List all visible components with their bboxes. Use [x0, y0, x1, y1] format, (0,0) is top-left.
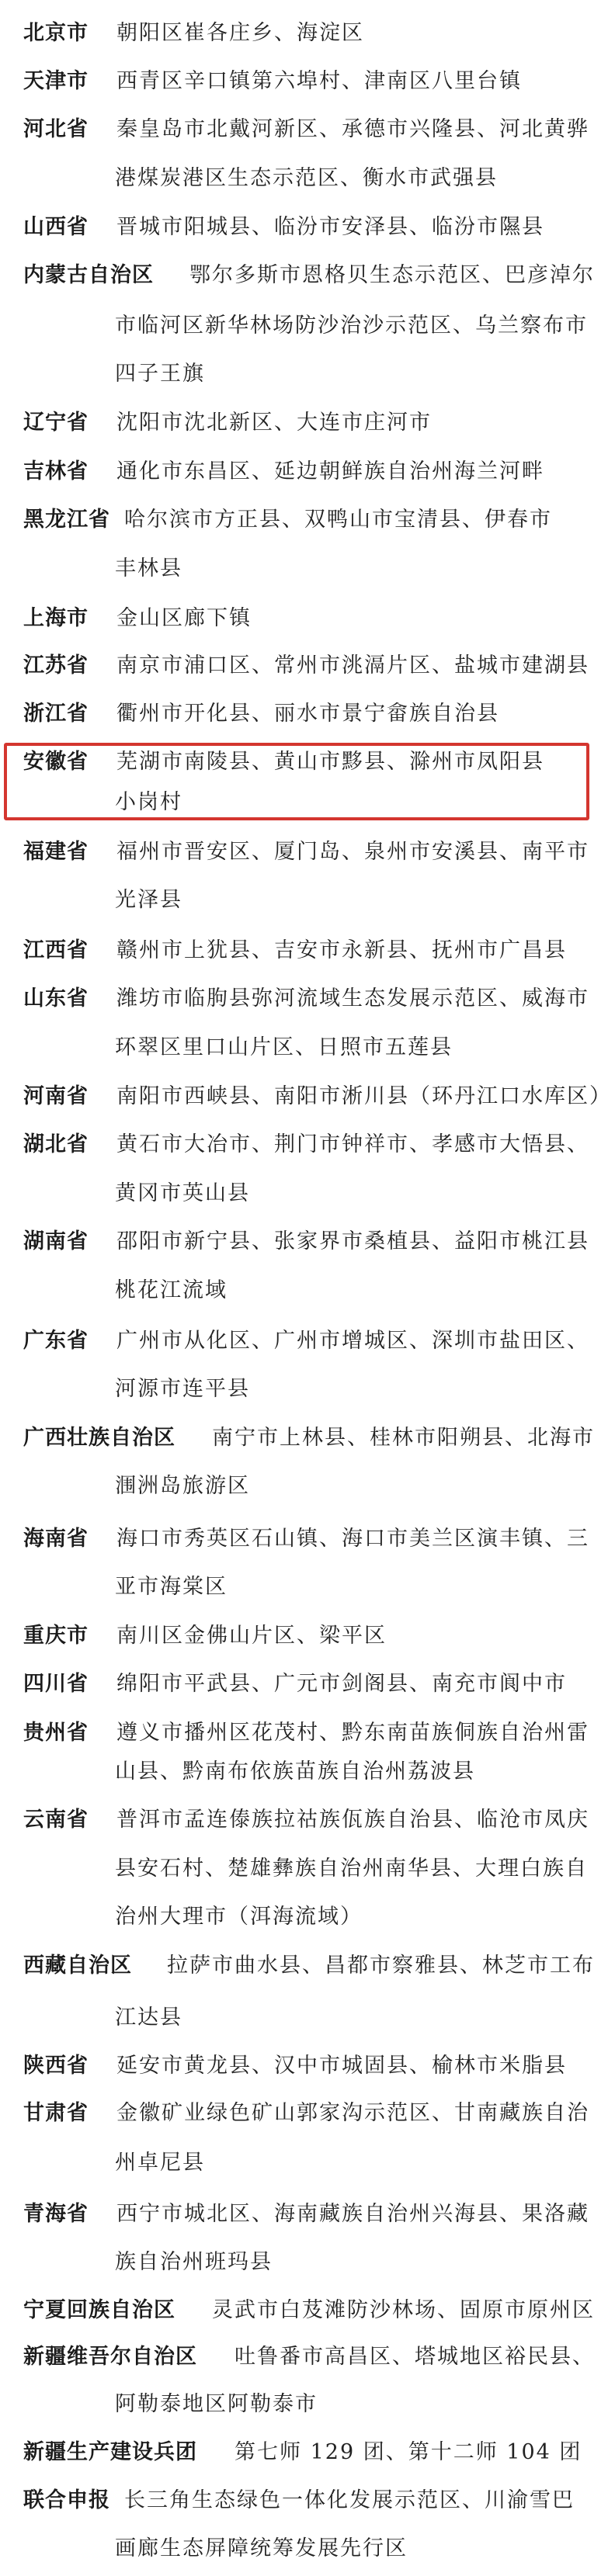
region-label: 山东省 [23, 986, 89, 1011]
region-sites-line: 沈阳市沈北新区、大连市庄河市 [116, 411, 432, 435]
region-sites-line: 黄石市大冶市、荆门市钟祥市、孝感市大悟县、 [116, 1132, 589, 1157]
region-sites-line: 江达县 [115, 2006, 182, 2030]
region-label: 湖南省 [23, 1229, 89, 1254]
region-sites-line: 金徽矿业绿色矿山郭家沟示范区、甘南藏族自治 [116, 2101, 589, 2126]
region-sites-line: 灵武市白芨滩防沙林场、固原市原州区 [212, 2298, 595, 2323]
region-sites-line: 西青区辛口镇第六埠村、津南区八里台镇 [116, 69, 522, 94]
region-sites-line: 桃花江流域 [115, 1278, 228, 1303]
region-label: 云南省 [23, 1808, 89, 1832]
region-sites-line: 邵阳市新宁县、张家界市桑植县、益阳市桃江县 [116, 1229, 589, 1254]
region-sites-line: 金山区廊下镇 [116, 606, 252, 631]
region-sites-line: 哈尔滨市方正县、双鸭山市宝清县、伊春市 [124, 508, 552, 532]
region-sites-line: 涠洲岛旅游区 [115, 1474, 250, 1499]
region-label: 黑龙江省 [23, 508, 110, 532]
region-label: 湖北省 [23, 1132, 89, 1157]
region-sites-line: 小岗村 [115, 790, 182, 815]
region-label: 新疆生产建设兵团 [23, 2440, 197, 2465]
region-sites-line: 画廊生态屏障统筹发展先行区 [115, 2536, 408, 2561]
region-label: 贵州省 [23, 1721, 89, 1746]
region-label: 广东省 [23, 1329, 89, 1354]
region-sites-line: 吐鲁番市高昌区、塔城地区裕民县、 [235, 2345, 595, 2370]
region-sites-line: 丰林县 [115, 556, 182, 581]
region-sites-line: 州卓尼县 [115, 2151, 205, 2176]
region-sites-line: 朝阳区崔各庄乡、海淀区 [116, 21, 364, 46]
region-sites-line: 县安石村、楚雄彝族自治州南华县、大理白族自 [115, 1857, 588, 1881]
region-sites-line: 长三角生态绿色一体化发展示范区、川渝雪巴 [124, 2488, 575, 2513]
region-sites-line: 拉萨市曲水县、昌都市察雅县、林芝市工布 [167, 1954, 595, 1978]
region-sites-line: 环翠区里口山片区、日照市五莲县 [115, 1035, 453, 1060]
region-label: 山西省 [23, 215, 89, 240]
region-sites-line: 南京市浦口区、常州市洮滆片区、盐城市建湖县 [116, 654, 589, 678]
region-sites-line: 阿勒泰地区阿勒泰市 [115, 2392, 318, 2417]
region-sites-line: 四子王旗 [115, 362, 205, 387]
region-label: 内蒙古自治区 [23, 263, 154, 288]
region-sites-line: 黄冈市英山县 [115, 1181, 250, 1206]
region-label: 北京市 [23, 21, 89, 46]
region-sites-line: 西宁市城北区、海南藏族自治州兴海县、果洛藏 [116, 2202, 589, 2227]
region-sites-line: 南川区金佛山片区、梁平区 [116, 1624, 387, 1649]
region-label: 海南省 [23, 1527, 89, 1551]
region-sites-line: 第七师 129 团、第十二师 104 团 [235, 2440, 582, 2465]
region-sites-line: 绵阳市平武县、广元市剑阁县、南充市阆中市 [116, 1672, 567, 1697]
region-label: 浙江省 [23, 702, 89, 726]
region-sites-line: 潍坊市临朐县弥河流域生态发展示范区、威海市 [116, 986, 589, 1011]
region-sites-line: 山县、黔南布依族苗族自治州荔波县 [115, 1760, 475, 1784]
region-sites-line: 遵义市播州区花茂村、黔东南苗族侗族自治州雷 [116, 1721, 589, 1746]
region-label: 河北省 [23, 117, 89, 142]
region-sites-line: 延安市黄龙县、汉中市城固县、榆林市米脂县 [116, 2054, 567, 2078]
region-label: 江苏省 [23, 654, 89, 678]
region-sites-line: 港煤炭港区生态示范区、衡水市武强县 [115, 166, 498, 191]
region-sites-line: 海口市秀英区石山镇、海口市美兰区演丰镇、三 [116, 1527, 589, 1551]
region-label: 福建省 [23, 840, 89, 865]
region-sites-line: 亚市海棠区 [115, 1575, 228, 1600]
region-label: 陕西省 [23, 2054, 89, 2078]
region-label: 上海市 [23, 606, 89, 631]
region-label: 重庆市 [23, 1624, 89, 1649]
region-sites-line: 广州市从化区、广州市增城区、深圳市盐田区、 [116, 1329, 589, 1354]
region-sites-line: 福州市晋安区、厦门岛、泉州市安溪县、南平市 [116, 840, 589, 865]
region-sites-line: 衢州市开化县、丽水市景宁畲族自治县 [116, 702, 499, 726]
region-sites-line: 治州大理市（洱海流域） [115, 1905, 363, 1929]
region-sites-line: 秦皇岛市北戴河新区、承德市兴隆县、河北黄骅 [116, 117, 589, 142]
region-label: 青海省 [23, 2202, 89, 2227]
region-sites-line: 族自治州班玛县 [115, 2250, 273, 2275]
region-sites-line: 市临河区新华林场防沙治沙示范区、乌兰察布市 [115, 314, 588, 338]
region-label: 联合申报 [23, 2488, 110, 2513]
region-sites-line: 赣州市上犹县、吉安市永新县、抚州市广昌县 [116, 938, 567, 963]
region-label: 甘肃省 [23, 2101, 89, 2126]
region-label: 河南省 [23, 1084, 89, 1109]
region-sites-line: 河源市连平县 [115, 1377, 250, 1402]
region-sites-line: 南阳市西峡县、南阳市淅川县（环丹江口水库区） [116, 1084, 612, 1109]
region-label: 天津市 [23, 69, 89, 94]
region-label: 江西省 [23, 938, 89, 963]
region-sites-line: 晋城市阳城县、临汾市安泽县、临汾市隰县 [116, 215, 544, 240]
region-label: 安徽省 [23, 750, 89, 775]
region-label: 吉林省 [23, 459, 89, 484]
region-label: 宁夏回族自治区 [23, 2298, 175, 2323]
region-sites-line: 通化市东昌区、延边朝鲜族自治州海兰河畔 [116, 459, 544, 484]
region-sites-line: 南宁市上林县、桂林市阳朔县、北海市 [212, 1426, 595, 1451]
region-sites-line: 普洱市孟连傣族拉祜族佤族自治县、临沧市凤庆 [116, 1808, 589, 1832]
region-sites-line: 鄂尔多斯市恩格贝生态示范区、巴彦淖尔 [189, 263, 595, 288]
region-label: 西藏自治区 [23, 1954, 132, 1978]
region-label: 四川省 [23, 1672, 89, 1697]
region-label: 辽宁省 [23, 411, 89, 435]
region-sites-line: 光泽县 [115, 888, 182, 913]
region-sites-line: 芜湖市南陵县、黄山市黟县、滁州市凤阳县 [116, 750, 544, 775]
region-label: 广西壮族自治区 [23, 1426, 175, 1451]
region-label: 新疆维吾尔自治区 [23, 2345, 197, 2370]
